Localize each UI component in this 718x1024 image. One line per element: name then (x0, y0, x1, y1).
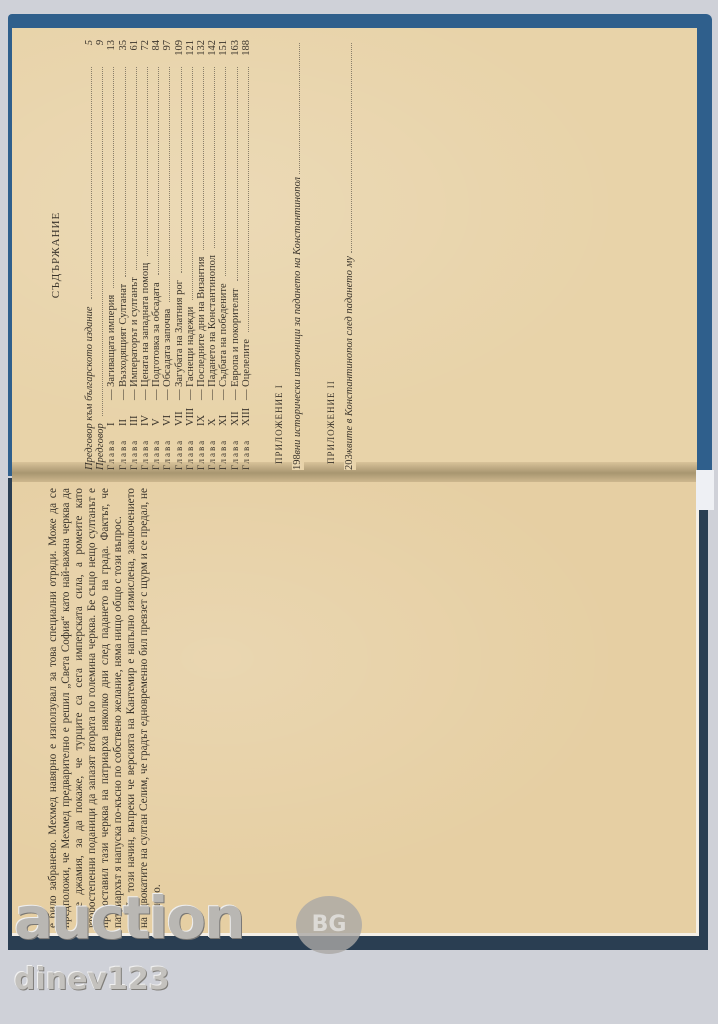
watermark-brand: auction (14, 888, 244, 948)
toc-leader-dots (113, 67, 114, 288)
toc-chapter-number: IX (196, 400, 207, 426)
toc-chapter-label: Глава (174, 426, 185, 470)
toc-entry-page: 13 (106, 40, 117, 64)
toc-entry: Черквите в Константинопол след падането … (344, 40, 356, 470)
watermark-user: dinev123 (14, 962, 244, 997)
toc-entry-title: Предговор към българското издание (84, 302, 95, 470)
toc-chapter-label: Глава (218, 426, 229, 470)
toc-chapter-number: II (118, 400, 129, 426)
toc-entry-page: 5 (84, 40, 95, 64)
toc-leader-dots (102, 67, 103, 416)
toc-chapter-label: Глава (106, 426, 117, 470)
toc-entry: ГлаваXIII— Оцелелите188 (241, 40, 252, 470)
watermark: auction BG dinev123 (14, 888, 244, 997)
toc-chapter-label: Глава (196, 426, 207, 470)
toc-leader-dots (214, 67, 215, 248)
toc-entry-page: 109 (174, 40, 185, 64)
toc-leader-dots (299, 43, 300, 174)
toc-entry-page: 151 (218, 40, 229, 64)
body-text: е било забранено. Мехмед навярно е изпол… (47, 488, 164, 928)
toc-leader-dots (147, 67, 148, 256)
toc-chapter-label: Глава (118, 426, 129, 470)
toc-entry: ГлаваVI— Обсадата започва97 (162, 40, 173, 470)
toc-entry: ГлаваI— Загиващата империя13 (106, 40, 117, 470)
toc-entry-page: 35 (118, 40, 129, 64)
toc-entry-title: — Оцелелите (241, 335, 252, 400)
toc-chapter-label: Глава (207, 426, 218, 470)
toc-leader-dots (125, 67, 126, 277)
toc-title: СЪДЪРЖАНИЕ (50, 40, 62, 470)
toc-entry-page: 132 (196, 40, 207, 64)
toc-entry: ГлаваV— Подготовка за обсадата84 (151, 40, 162, 470)
toc-leader-dots (203, 67, 204, 250)
toc-chapter-number: XI (218, 400, 229, 426)
spine-gap (696, 470, 714, 510)
toc-chapter-label: Глава (129, 426, 140, 470)
toc-entry-title: Предговор (95, 419, 106, 470)
toc-entry-page: 203 (344, 454, 356, 470)
toc-leader-dots (192, 67, 193, 300)
toc-entry: ГлаваIX— Последните дни на Византия132 (196, 40, 207, 470)
toc-leader-dots (248, 67, 249, 332)
toc-entry-title: — Гаснещи надежди (185, 303, 196, 400)
toc-chapter-label: Глава (230, 426, 241, 470)
paragraph: По този начин, въпреки че версията на Ка… (125, 488, 164, 928)
toc-chapter-number: IV (140, 400, 151, 426)
toc-entry-title: — Цената на западната помощ (140, 259, 151, 400)
toc-entry-title: — Загиващата империя (106, 291, 117, 400)
toc-entry-title: Главни исторически източници за падането… (292, 177, 304, 470)
toc-entry-page: 121 (185, 40, 196, 64)
toc-entry-page: 61 (129, 40, 140, 64)
toc-leader-dots (158, 67, 159, 275)
watermark-badge-icon: BG (296, 896, 362, 954)
toc-chapter-label: Глава (162, 426, 173, 470)
toc-chapter-label: Глава (151, 426, 162, 470)
paragraph: е било забранено. Мехмед навярно е изпол… (47, 488, 125, 928)
toc-entry: Главни исторически източници за падането… (292, 40, 304, 470)
toc-chapter-number: X (207, 400, 218, 426)
toc-chapter-label: Глава (241, 426, 252, 470)
toc-entry: Предговор към българското издание5 (84, 40, 95, 470)
toc-entry: ГлаваX— Падането на Константинопол142 (207, 40, 218, 470)
toc-chapter-number: I (106, 400, 117, 426)
toc-entry-title: — Загубата на Златния рог (174, 276, 185, 400)
toc-chapter-number: VII (174, 400, 185, 426)
toc-leader-dots (237, 67, 238, 281)
toc-entry: ГлаваXI— Съдбата на победените151 (218, 40, 229, 470)
toc-chapter-number: XIII (241, 400, 252, 426)
toc-appendix-heading: ПРИЛОЖЕНИЕ I (274, 40, 284, 464)
toc-entry-page: 198 (292, 454, 304, 470)
toc-chapter-number: VIII (185, 400, 196, 426)
toc-leader-dots (181, 67, 182, 273)
toc-leader-dots (225, 67, 226, 276)
toc-entry-title: — Подготовка за обсадата (151, 278, 162, 400)
toc-chapter-number: III (129, 400, 140, 426)
toc-chapter-label: Глава (185, 426, 196, 470)
toc-entry-title: — Императорът и султанът (129, 273, 140, 400)
toc-entry-page: 84 (151, 40, 162, 64)
toc-leader-dots (351, 43, 352, 253)
toc-entry-title: Черквите в Константинопол след падането … (344, 256, 356, 470)
toc-entry-title: — Съдбата на победените (218, 279, 229, 400)
toc-leader-dots (136, 67, 137, 270)
toc-chapter-number: XII (230, 400, 241, 426)
toc-chapter-number: VI (162, 400, 173, 426)
toc-entry-title: — Обсадата започва (162, 305, 173, 400)
toc-entry-title: — Европа и покорителят (230, 284, 241, 400)
toc-appendix-heading: ПРИЛОЖЕНИЕ II (326, 40, 336, 464)
toc-chapter-label: Глава (140, 426, 151, 470)
toc-entry-title: — Падането на Константинопол (207, 251, 218, 400)
toc-entry: ГлаваVII— Загубата на Златния рог109 (174, 40, 185, 470)
toc-entry: Предговор9 (95, 40, 106, 470)
toc-entry-page: 9 (95, 40, 106, 64)
toc-entry-page: 97 (162, 40, 173, 64)
toc-leader-dots (169, 67, 170, 302)
toc-entry-page: 142 (207, 40, 218, 64)
toc-entry: ГлаваIII— Императорът и султанът61 (129, 40, 140, 470)
toc-chapter-number: V (151, 400, 162, 426)
toc-entry-page: 188 (241, 40, 252, 64)
toc-entry: ГлаваII— Възходящият Султанат35 (118, 40, 129, 470)
toc-entry: ГлаваIV— Цената на западната помощ72 (140, 40, 151, 470)
toc-entry-page: 72 (140, 40, 151, 64)
toc-entry: ГлаваVIII— Гаснещи надежди121 (185, 40, 196, 470)
toc-leader-dots (91, 67, 92, 299)
toc-entry-page: 163 (230, 40, 241, 64)
toc-entry-title: — Възходящият Султанат (118, 280, 129, 400)
table-of-contents: СЪДЪРЖАНИЕ Предговор към българското изд… (50, 40, 356, 470)
toc-entry: ГлаваXII— Европа и покорителят163 (230, 40, 241, 470)
toc-entry-title: — Последните дни на Византия (196, 253, 207, 400)
